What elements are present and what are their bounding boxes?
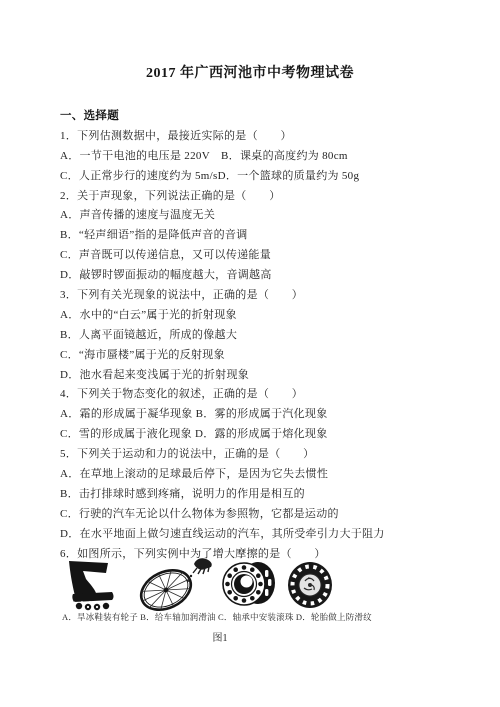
q2-option-d: D．敲锣时锣面振动的幅度越大，音调越高 <box>60 266 460 286</box>
q3-option-d: D．池水看起来变浅属于光的折射现象 <box>60 366 460 386</box>
q5-stem: 5．下列关于运动和力的说法中，正确的是（ ） <box>60 445 460 465</box>
q2-stem: 2．关于声现象，下列说法正确的是（ ） <box>60 187 460 207</box>
bicycle-wheel-oiling-image <box>136 556 216 614</box>
q4-stem: 4．下列关于物态变化的叙述，正确的是（ ） <box>60 385 460 405</box>
q3-option-c: C．“海市蜃楼”属于光的反射现象 <box>60 346 460 366</box>
q1-stem: 1．下列估测数据中，最接近实际的是（ ） <box>60 127 460 147</box>
section-header: 一、选择题 <box>60 107 460 127</box>
figure-label: 图1 <box>60 629 380 644</box>
q3-option-b: B．人离平面镜越近，所成的像越大 <box>60 326 460 346</box>
q6-figure-caption: A．旱冰鞋装有轮子 B．给车轴加润滑油 C．轴承中安装滚珠 D．轮胎做上防滑纹 <box>62 612 392 623</box>
page-title: 2017 年广西河池市中考物理试卷 <box>0 62 500 82</box>
q1-option-line-cd: C．人正常步行的速度约为 5m/sD．一个篮球的质量约为 50g <box>60 167 460 187</box>
question-list: 一、选择题 1．下列估测数据中，最接近实际的是（ ） A．一节干电池的电压是 2… <box>60 107 460 564</box>
q4-option-line-ab: A．霜的形成属于凝华现象 B．雾的形成属于汽化现象 <box>60 405 460 425</box>
ball-bearing-image <box>222 558 278 610</box>
q2-option-c: C．声音既可以传递信息，又可以传递能量 <box>60 246 460 266</box>
q6-figure-images <box>60 556 380 614</box>
q5-option-d: D．在水平地面上做匀速直线运动的汽车，其所受牵引力大于阻力 <box>60 525 460 545</box>
roller-skate-image <box>66 558 128 612</box>
q5-option-c: C．行驶的汽车无论以什么物体为参照物，它都是运动的 <box>60 505 460 525</box>
q2-option-a: A．声音传播的速度与温度无关 <box>60 206 460 226</box>
exam-paper-page: 2017 年广西河池市中考物理试卷 一、选择题 1．下列估测数据中，最接近实际的… <box>0 0 500 707</box>
q1-option-line-ab: A．一节干电池的电压是 220V B．课桌的高度约为 80cm <box>60 147 460 167</box>
q3-option-a: A．水中的“白云”属于光的折射现象 <box>60 306 460 326</box>
q5-option-a: A．在草地上滚动的足球最后停下，是因为它失去惯性 <box>60 465 460 485</box>
q2-option-b: B．“轻声细语”指的是降低声音的音调 <box>60 226 460 246</box>
q4-option-line-cd: C．雪的形成属于液化现象 D．露的形成属于熔化现象 <box>60 425 460 445</box>
q3-stem: 3．下列有关光现象的说法中，正确的是（ ） <box>60 286 460 306</box>
q5-option-b: B．击打排球时感到疼痛，说明力的作用是相互的 <box>60 485 460 505</box>
tire-tread-image <box>286 560 334 610</box>
